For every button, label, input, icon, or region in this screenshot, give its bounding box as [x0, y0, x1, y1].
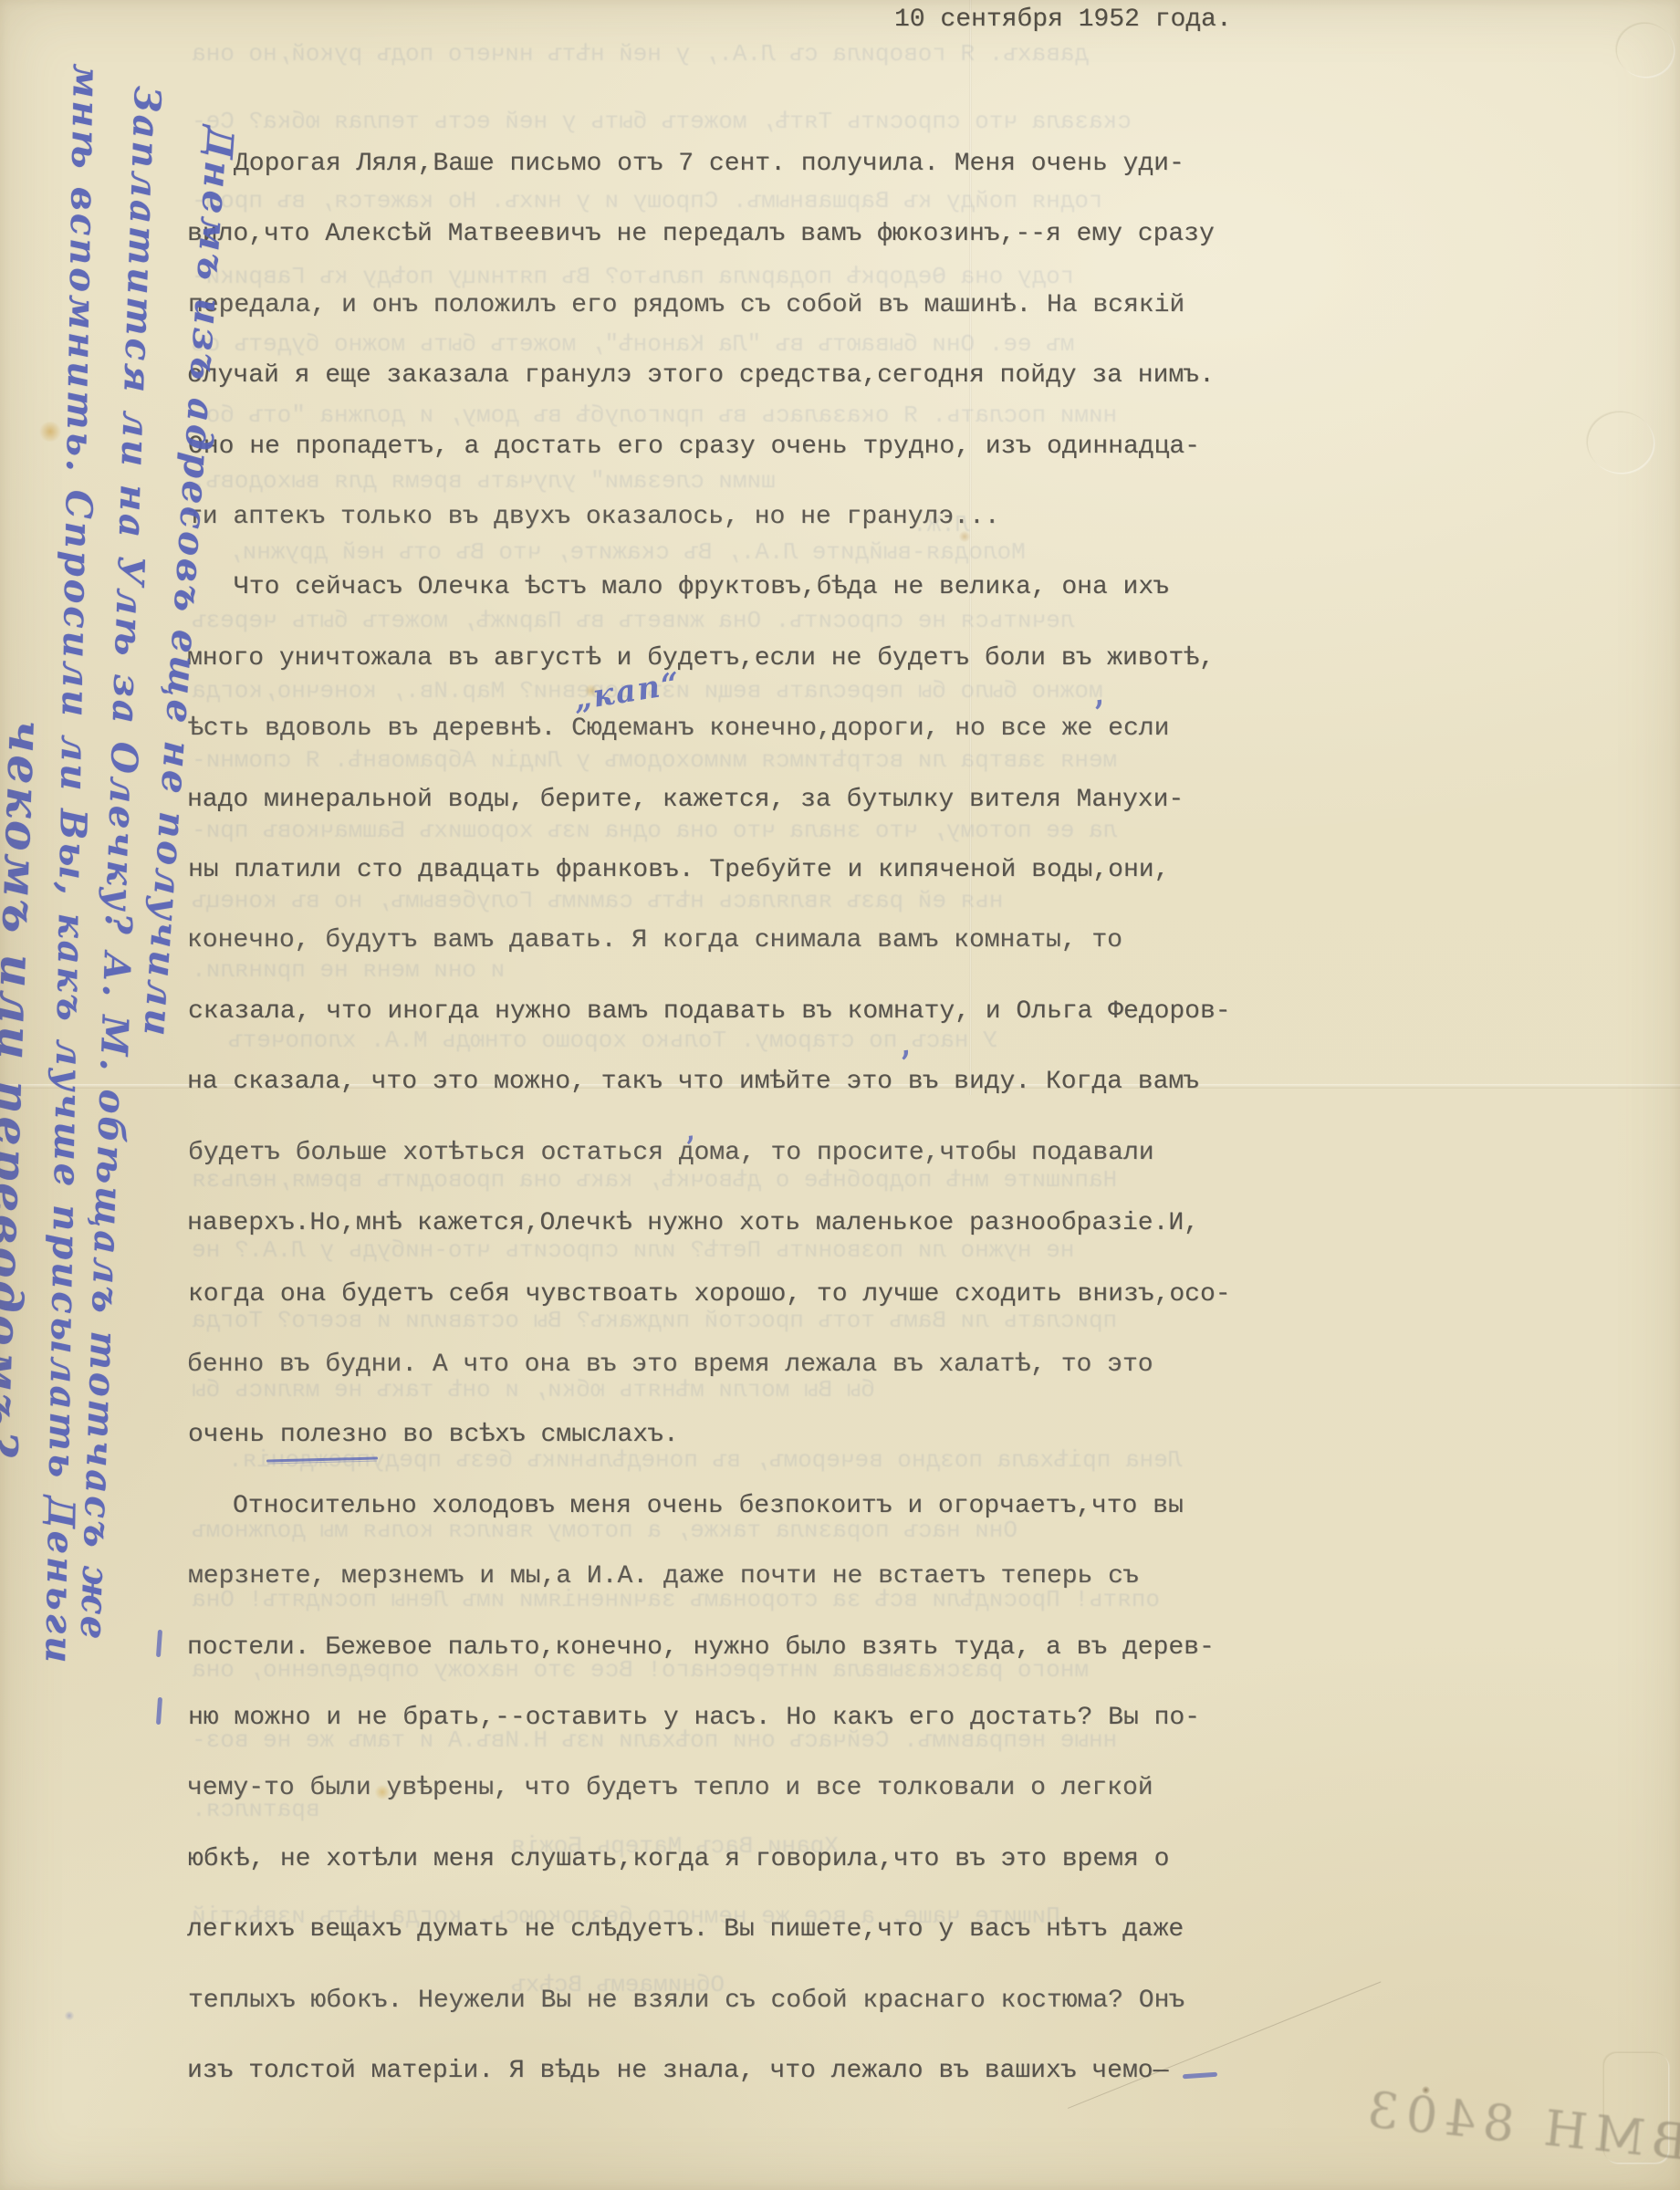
embossed-stamp — [1588, 412, 1654, 473]
typed-line: изъ толстой матеріи. Я вѣдь не знала, чт… — [187, 2036, 1291, 2106]
typed-line: мерзнете, мерзнемъ и мы,а И.А. даже почт… — [188, 1541, 1292, 1611]
typed-line: вило,что Алексѣй Матвеевичъ не передалъ … — [187, 199, 1291, 269]
typed-line: теплыхъ юбокъ. Неужели Вы не взяли съ со… — [188, 1966, 1292, 2036]
typed-line: ню можно и не брать,--оставить у насъ. Н… — [188, 1683, 1292, 1753]
ink-spot — [64, 2011, 75, 2020]
typed-line: наверхъ.Но,мнѣ кажется,Олечкѣ нужно хоть… — [187, 1188, 1291, 1258]
typed-line: будетъ больше хотѣться остаться дома, то… — [188, 1118, 1292, 1188]
typed-line: на сказала, что это можно, такъ что имѣй… — [187, 1047, 1291, 1117]
typed-line: бенно въ будни. А что она въ это время л… — [187, 1330, 1291, 1400]
typed-line: когда она будетъ себя чувствоать хорошо,… — [188, 1259, 1292, 1330]
typed-line: юбкѣ, не хотѣли меня слушать,когда я гов… — [188, 1824, 1292, 1894]
date-line: 10 сентября 1952 года. — [894, 5, 1232, 34]
ink-tick — [156, 1697, 162, 1725]
typed-line: случай я еще заказала гранулэ этого сред… — [187, 340, 1291, 411]
typed-line: ти аптекъ только въ двухъ оказалось, но … — [187, 482, 1291, 552]
typed-line: Относительно холодовъ меня очень безпоко… — [187, 1471, 1291, 1541]
typed-line: постели. Бежевое пальто,конечно, нужно б… — [187, 1612, 1291, 1683]
typed-line: надо минеральной воды, берите, кажется, … — [187, 765, 1291, 835]
typed-line: Оно не пропадетъ, а достать его сразу оч… — [188, 412, 1292, 482]
typed-line: конечно, будутъ вамъ давать. Я когда сни… — [187, 905, 1291, 975]
typed-line: много уничтожала въ августѣ и будетъ,есл… — [187, 623, 1291, 693]
typed-line: сказала, что иногда нужно вамъ подавать … — [188, 976, 1292, 1047]
ink-tick — [156, 1630, 162, 1657]
typed-line: Дорогая Ляля,Ваше письмо отъ 7 сент. пол… — [188, 129, 1292, 199]
typed-line: передала, и онъ положилъ его рядомъ съ с… — [188, 270, 1292, 340]
typed-line: чему-то были увѣрены, что будетъ тепло и… — [187, 1753, 1291, 1823]
typed-line: ѣсть вдоволь въ деревнѣ. Сюдеманъ конечн… — [188, 693, 1292, 764]
typed-line: ны платили сто двадцать франковъ. Требуй… — [188, 835, 1292, 905]
bleedthrough-line: давахъ. Я говорила съ Л.А., у ней нѣтъ н… — [192, 40, 1089, 68]
typed-body: Дорогая Ляля,Ваше письмо отъ 7 сент. пол… — [187, 129, 1291, 2106]
letter-page: давахъ. Я говорила съ Л.А., у ней нѣтъ н… — [0, 0, 1680, 2190]
embossed-stamp — [1617, 24, 1674, 77]
typed-line: легкихъ вещахъ думать не слѣдуетъ. Вы пи… — [187, 1894, 1291, 1965]
typed-line: Что сейчасъ Олечка ѣстъ мало фруктовъ,бѣ… — [188, 552, 1292, 622]
